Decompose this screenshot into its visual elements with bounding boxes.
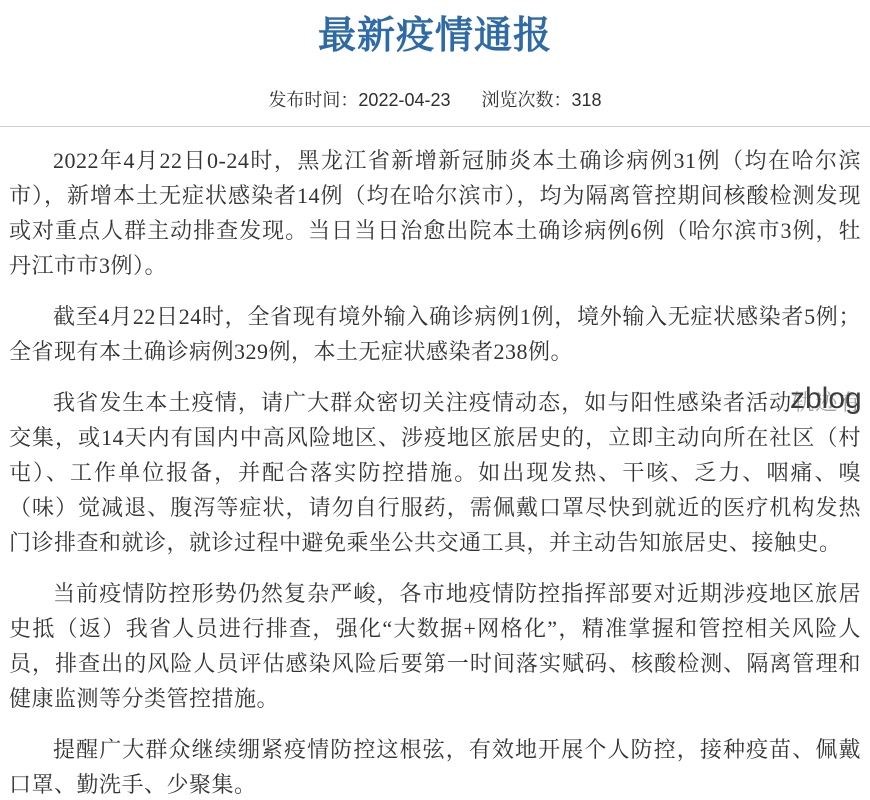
paragraph-control-measures: 当前疫情防控形势仍然复杂严峻，各市地疫情防控指挥部要对近期涉疫地区旅居史抵（返）…: [9, 576, 861, 716]
paragraph-reminder: 提醒广大群众继续绷紧疫情防控这根弦，有效地开展个人防控，接种疫苗、佩戴口罩、勤洗…: [9, 732, 861, 800]
page-title: 最新疫情通报: [0, 0, 870, 58]
paragraph-daily-new-cases: 2022年4月22日0-24时，黑龙江省新增新冠肺炎本土确诊病例31例（均在哈尔…: [9, 143, 861, 283]
header-divider: [0, 126, 870, 127]
view-count-value: 318: [572, 90, 602, 110]
publish-time-label: 发布时间：: [268, 90, 358, 110]
article-body: 2022年4月22日0-24时，黑龙江省新增新冠肺炎本土确诊病例31例（均在哈尔…: [0, 143, 870, 800]
view-count-label: 浏览次数：: [482, 90, 572, 110]
paragraph-current-totals: 截至4月22日24时，全省现有境外输入确诊病例1例，境外输入无症状感染者5例；全…: [9, 299, 861, 369]
paragraph-public-guidance: 我省发生本土疫情，请广大群众密切关注疫情动态，如与阳性感染者活动轨迹有交集，或1…: [9, 385, 861, 560]
bulletin-page: 最新疫情通报 发布时间：2022-04-23 浏览次数：318 2022年4月2…: [0, 0, 870, 800]
publish-time-value: 2022-04-23: [358, 90, 450, 110]
meta-row: 发布时间：2022-04-23 浏览次数：318: [0, 89, 870, 111]
